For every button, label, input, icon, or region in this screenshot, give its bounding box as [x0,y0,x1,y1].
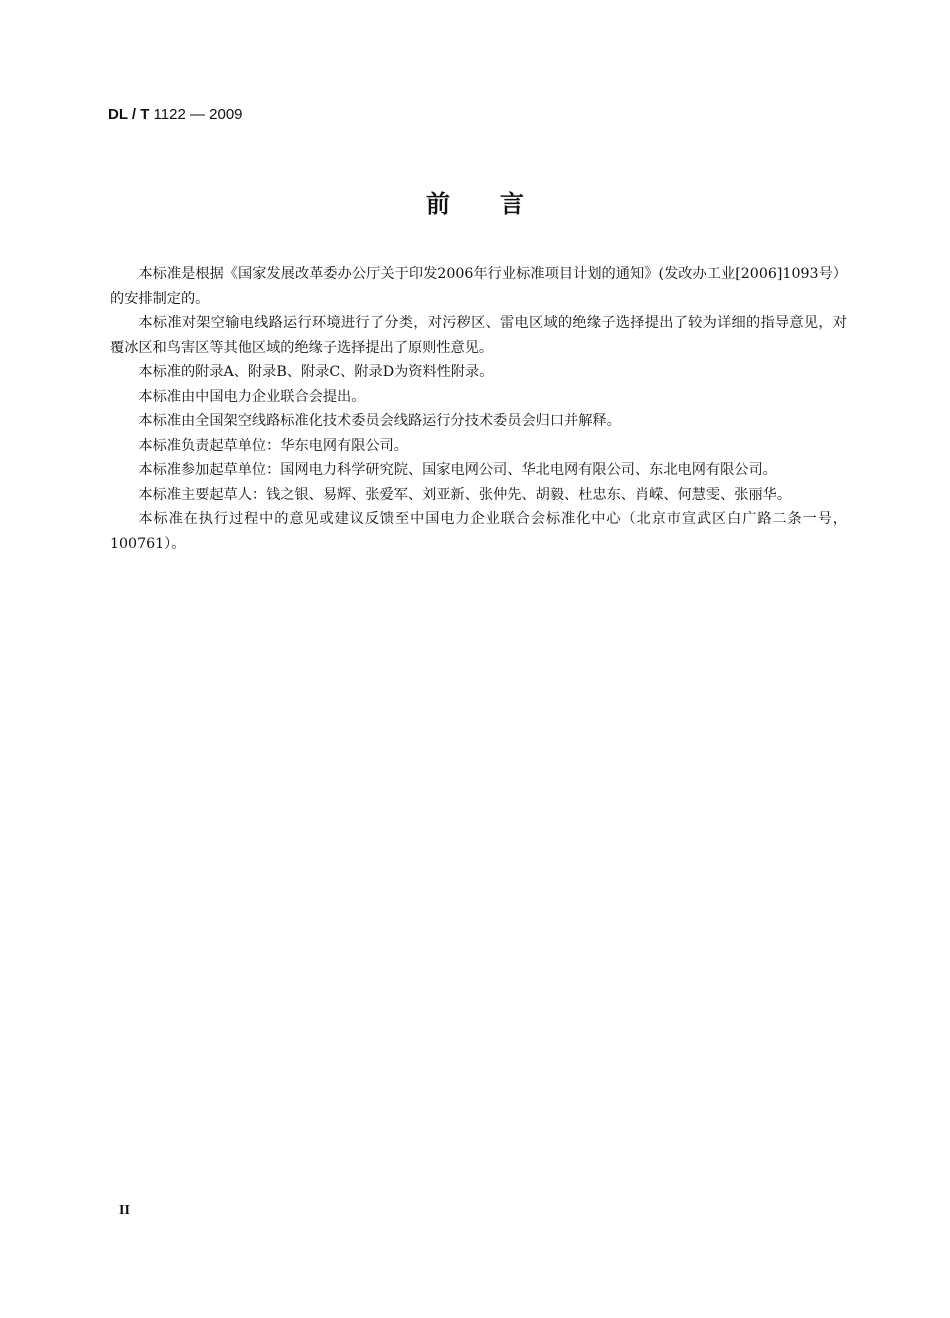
paragraph-proposer: 本标准由中国电力企业联合会提出。 [110,385,847,410]
paragraph-main-authors: 本标准主要起草人：钱之银、易辉、张爱军、刘亚新、张仲先、胡毅、杜忠东、肖嵘、何慧… [110,483,847,508]
foreword-body: 本标准是根据《国家发展改革委办公厅关于印发2006年行业标准项目计划的通知》(发… [110,262,847,556]
paragraph-responsible-committee: 本标准由全国架空线路标准化技术委员会线路运行分技术委员会归口并解释。 [110,409,847,434]
standard-number: 1122 — 2009 [149,106,242,123]
paragraph-scope: 本标准对架空输电线路运行环境进行了分类，对污秽区、雷电区域的绝缘子选择提出了较为… [110,311,847,360]
paragraph-appendices: 本标准的附录A、附录B、附录C、附录D为资料性附录。 [110,360,847,385]
page-number: II [119,1203,130,1219]
paragraph-participating-drafters: 本标准参加起草单位：国网电力科学研究院、国家电网公司、华北电网有限公司、东北电网… [110,458,847,483]
paragraph-basis: 本标准是根据《国家发展改革委办公厅关于印发2006年行业标准项目计划的通知》(发… [110,262,847,311]
standard-code-header: DL / T 1122 — 2009 [108,106,243,123]
title-char-1: 前 [426,184,450,219]
paragraph-feedback: 本标准在执行过程中的意见或建议反馈至中国电力企业联合会标准化中心（北京市宣武区白… [110,507,847,556]
paragraph-lead-drafter: 本标准负责起草单位：华东电网有限公司。 [110,434,847,459]
standard-prefix: DL / T [108,106,149,123]
title-char-2: 言 [500,184,524,219]
page-title: 前言 [0,184,950,219]
